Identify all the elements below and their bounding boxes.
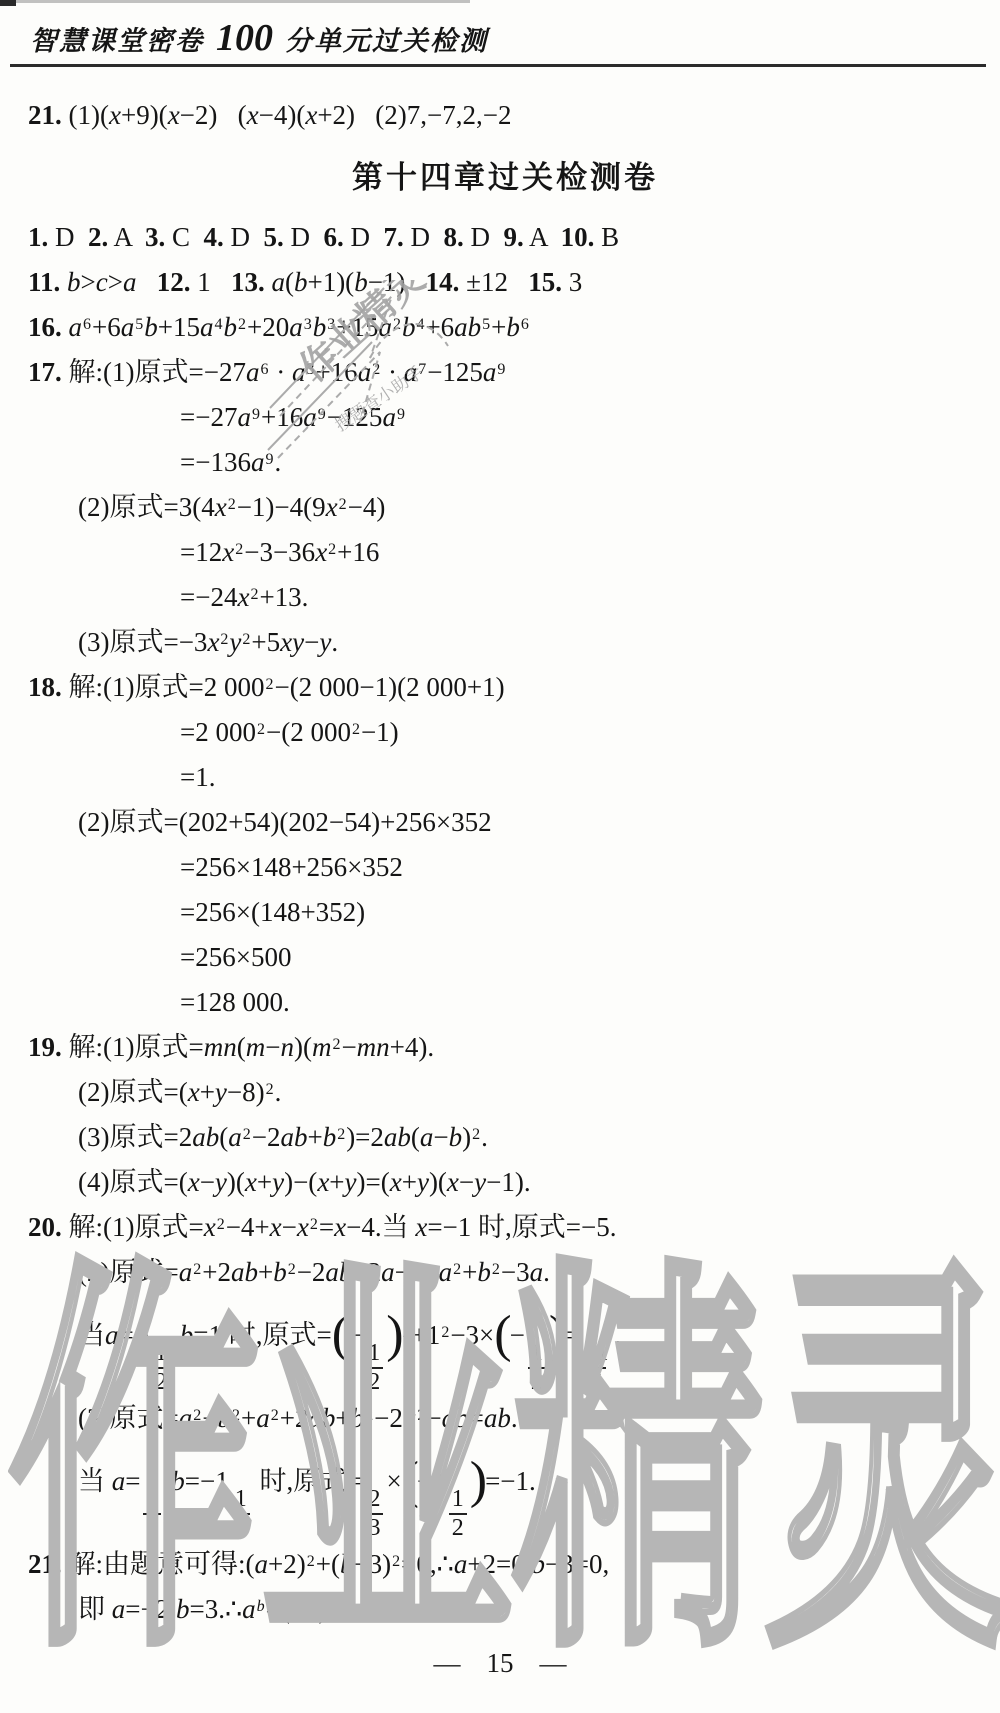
answer-line: =256×(148+352) [180,890,982,935]
math-text: b [477,1257,491,1287]
math-text: b [313,312,327,342]
math-text: x [247,100,259,130]
math-text: . [274,447,281,477]
answer-line: 即 a=−2,b=3.∴ab=(−2)3=−8. [78,1587,982,1632]
math-text: =3.∴ [189,1594,242,1624]
math-text: x [245,1167,257,1197]
math-text: 1 [190,267,231,297]
math-text: ) [549,1306,564,1363]
math-text: ) [462,1122,471,1152]
superscript: 2 [217,1216,225,1233]
scan-edge [0,0,470,3]
math-text: m [246,1032,266,1062]
answer-line: =128 000. [180,980,982,1025]
math-text: b [171,1466,185,1496]
math-text: b [217,1403,231,1433]
answer-key-page: 智慧课堂密卷 100 分单元过关检测 21. (1)(x+9)(x−2) (x−… [0,0,1000,1713]
math-text: −2 [374,1403,403,1433]
math-text: ) [386,1306,401,1363]
math-text: (3)原式= [78,1403,179,1433]
math-text: )( [294,1032,312,1062]
math-text: − [459,1167,474,1197]
problem-number: 5. [264,222,284,252]
superscript: 2 [441,1324,449,1341]
math-text: a [123,267,137,297]
math-text: D [464,222,504,252]
math-text: − [395,1257,410,1287]
math-text: A [524,222,561,252]
math-text: −3 [501,1257,530,1287]
math-text: b [176,1594,190,1624]
fraction: 12 [449,1486,467,1542]
superscript: 3 [329,1598,337,1615]
math-text: + [241,1403,256,1433]
math-text: a [404,357,418,387]
math-text: =−24 [180,582,237,612]
scan-corner-mark [0,0,16,6]
superscript: 4 [214,316,222,333]
math-text: ab [308,1403,335,1433]
superscript: 2 [365,1407,373,1424]
math-text: =− [119,1320,149,1350]
math-text: +6 [92,312,121,342]
answer-line: 17. 解:(1)原式=−27a6 · a3+16a2 · a7−125a9 [28,350,982,395]
math-text: =1 时,原式= [193,1320,331,1350]
superscript: 9 [497,361,505,378]
math-text: 当 [78,1320,105,1350]
math-text: x [447,1167,459,1197]
math-text: 即 [78,1594,112,1624]
math-text: a [255,1549,269,1579]
math-text: ( [237,1032,246,1062]
math-text: B [594,222,619,252]
math-text: =12 [180,537,222,567]
math-text: . [511,1403,518,1433]
math-text: +9)( [121,100,168,130]
math-text: + [462,1257,477,1287]
math-text: +1 [412,1320,441,1350]
math-text: x [222,537,234,567]
math-text: ) [470,1452,485,1509]
superscript: 2 [472,1126,480,1143]
math-text: 时,原式= [253,1466,363,1496]
fraction: 23 [143,1486,161,1542]
math-text: x [109,100,121,130]
answer-line: =−24x2+13. [180,575,982,620]
answer-line: (2)原式=(202+54)(202−54)+256×352 [78,800,982,845]
math-text: x [237,582,249,612]
math-text: −1) [368,267,426,297]
math-text: a [378,312,392,342]
math-text: (3)原式=−3 [78,627,207,657]
math-text: D [48,222,88,252]
math-text: −125 [427,357,483,387]
math-text: ab [442,1403,469,1433]
answer-line: (2)原式=3(4x2−1)−4(9x2−4) [78,485,982,530]
math-text: 解:由题意可得:( [62,1549,255,1579]
math-text: a [382,402,396,432]
math-text: a [112,1594,126,1624]
math-text: D [344,222,384,252]
superscript: 2 [243,1126,251,1143]
fraction: 12 [365,1340,383,1396]
math-text [62,312,69,342]
math-text: x [305,100,317,130]
fraction: 12 [152,1340,170,1396]
problem-number: 20. [28,1212,62,1242]
math-text: ab [484,1403,511,1433]
math-text: > [81,267,96,297]
math-text: +2 [280,1403,309,1433]
superscript: 2 [372,361,380,378]
math-text: =−1 [185,1466,229,1496]
superscript: 2 [271,1407,279,1424]
math-text: b [532,1549,546,1579]
math-text: − [200,1167,215,1197]
math-text: ( [402,1452,417,1509]
superscript: 4 [416,316,424,333]
answer-line: 当 a=23,b=−112 时,原式=23×(−112)=−1. [78,1441,982,1542]
math-text: a [381,1257,395,1287]
section-title: 第十四章过关检测卷 [28,152,982,197]
problem-number: 8. [444,222,464,252]
math-text: −125 [327,402,383,432]
math-text: =256×(148+352) [180,897,365,927]
superscript: 2 [310,1216,318,1233]
superscript: 5 [482,316,490,333]
superscript: b [257,1598,265,1615]
math-text: a [403,1403,417,1433]
math-text: a [483,357,497,387]
math-text: a [292,357,306,387]
answer-line: (3)原式=a2−b2+a2+2ab+b2−2a2−ab=ab. [78,1396,982,1441]
problem-number: 7. [384,222,404,252]
page-number: 15 [487,1648,514,1679]
answer-line: =256×148+256×352 [180,845,982,890]
math-text: +5 [251,627,280,657]
math-text: =−1. [485,1466,536,1496]
math-text: +15 [158,312,200,342]
math-text: +2 [202,1257,231,1287]
math-text: (2)原式= [78,1257,179,1287]
math-text: x [188,1167,200,1197]
math-text: 解:(1)原式=−27 [62,357,246,387]
math-text: +16 [261,402,303,432]
math-text: . [275,1077,282,1107]
math-text: + [307,1122,322,1152]
math-text: x [317,1167,329,1197]
problem-number: 2. [88,222,108,252]
math-text: a [242,1594,256,1624]
problem-number: 13. [231,267,265,297]
superscript: 6 [83,316,91,333]
math-text: c [96,267,108,297]
math-text: = [423,1257,438,1287]
math-text: + [491,312,506,342]
problem-number: 21. [28,100,62,130]
math-text: b [506,312,520,342]
math-text: )=( [357,1167,390,1197]
math-text: −4) [348,492,386,522]
header-brand: 智慧课堂密卷 [30,19,204,58]
answer-line: 20. 解:(1)原式=x2−4+x−x2=x−4.当 x=−1 时,原式=−5… [28,1205,982,1250]
math-text: · [381,357,404,387]
math-text: =128 000. [180,987,290,1017]
superscript: 6 [260,361,268,378]
answer-line: (3)原式=−3x2y2+5xy−y. [78,620,982,665]
math-text: − [510,1320,525,1350]
fraction: 12 [528,1340,546,1396]
math-text: a [289,312,303,342]
math-text: a [200,312,214,342]
math-text: b [351,1403,365,1433]
math-text: ab [192,1122,219,1152]
math-text: y [229,627,241,657]
math-text: +6 [425,312,454,342]
answer-line: 21. 解:由题意可得:(a+2)2+(b−3)2=0,∴a+2=0,b−3=0… [28,1542,982,1587]
fraction: 114 [582,1340,611,1396]
math-text: =2 000 [180,717,256,747]
math-text: −(2 000−1)(2 000+1) [274,672,504,702]
math-text: x [204,1212,216,1242]
page-footer: —15— [0,1648,1000,1679]
problem-number: 17. [28,357,62,387]
math-text: y [345,1167,357,1197]
problem-number: 14. [426,267,460,297]
superscript: 2 [288,1261,296,1278]
math-text: x [207,627,219,657]
superscript: 2 [492,1261,500,1278]
math-text: − [341,1032,356,1062]
math-text: ab [280,1122,307,1152]
answer-line: 1. D 2. A 3. C 4. D 5. D 6. D 7. D 8. D … [28,215,982,260]
math-text: =−27 [180,402,237,432]
superscript: 9 [252,406,260,423]
math-text: −3× [450,1320,494,1350]
superscript: 2 [392,1553,400,1570]
superscript: 3 [304,316,312,333]
math-text: −2 [252,1122,281,1152]
math-text: −4+ [226,1212,270,1242]
math-text: (3)原式=2 [78,1122,192,1152]
math-text: b [354,267,368,297]
page-header: 智慧课堂密卷 100 分单元过关检测 [0,0,1000,60]
math-text: = [125,1466,140,1496]
math-text: b [294,267,308,297]
superscript: 2 [238,316,246,333]
math-text: b [402,312,416,342]
superscript: 3 [327,316,335,333]
math-text: A [108,222,145,252]
problem-number: 4. [204,222,224,252]
math-text: − [202,1403,217,1433]
math-text: (1)( [62,100,109,130]
math-text: mn [357,1032,390,1062]
header-subtitle: 分单元过关检测 [285,19,488,58]
math-text: m [312,1032,332,1062]
math-text: +16 [337,537,379,567]
math-text: y [417,1167,429,1197]
math-text: a [69,312,83,342]
math-text: x [326,492,338,522]
superscript: 2 [193,1407,201,1424]
math-text: −4)( [259,100,306,130]
answer-line: 16. a6+6a5b+15a4b2+20a3b3+15a2b4+6ab5+b6 [28,305,982,350]
answer-line: (2)原式=a2+2ab+b2−2ab−2a−a=a2+b2−3a. [78,1250,982,1295]
math-text: b [144,312,158,342]
math-text: +2) [268,1549,306,1579]
math-text: +4). [390,1032,434,1062]
math-text: −8) [227,1077,265,1107]
math-text: −2 [297,1257,326,1287]
answer-line: (3)原式=2ab(a2−2ab+b2)=2ab(a−b)2. [78,1115,982,1160]
math-text: b [223,312,237,342]
math-text: =1. [180,762,215,792]
math-text: −1) [361,717,399,747]
math-text: ( [411,1122,420,1152]
math-text: y [474,1167,486,1197]
superscript: 2 [257,721,265,738]
math-text: ±12 [459,267,528,297]
footer-dash-right: — [540,1648,567,1678]
math-text: mn [204,1032,237,1062]
math-text: y [215,1167,227,1197]
superscript: 2 [232,1407,240,1424]
superscript: 5 [135,316,143,333]
math-text: =256×500 [180,942,291,972]
math-text: (2)原式=( [78,1077,188,1107]
math-text: = [469,1403,484,1433]
math-text: ( [219,1122,228,1152]
math-text: −2) ( [180,100,247,130]
problem-number: 21. [28,1549,62,1579]
math-text: . [543,1257,550,1287]
superscript: 2 [235,541,243,558]
math-text: x [334,1212,346,1242]
math-text: (2)原式=(202+54)(202−54)+256×352 [78,807,492,837]
superscript: 2 [228,496,236,513]
math-text: −4.当 [346,1212,415,1242]
superscript: 2 [332,1036,340,1053]
answer-line: =256×500 [180,935,982,980]
math-text: =−8. [338,1594,389,1624]
math-text: ab [231,1257,258,1287]
math-text: =−1 时,原式=−5. [427,1212,616,1242]
problem-number: 6. [324,222,344,252]
math-text: =−2, [125,1594,176,1624]
superscript: 2 [266,1081,274,1098]
math-text: 解:(1)原式= [62,1212,204,1242]
answer-line: =−136a9. [180,440,982,485]
math-text: b [273,1257,287,1287]
math-text: x [415,1212,427,1242]
superscript: 9 [397,406,405,423]
math-text: )( [429,1167,447,1197]
math-text: . [331,627,338,657]
math-text: − [347,1320,362,1350]
superscript: 2 [328,541,336,558]
math-text: )( [227,1167,245,1197]
math-text: D [404,222,444,252]
math-text: +15 [336,312,378,342]
math-text: x [297,1212,309,1242]
problem-number: 11. [28,267,60,297]
math-text: . [615,1320,622,1350]
math-text: a [530,1257,544,1287]
superscript: 2 [339,496,347,513]
answer-line: 19. 解:(1)原式=mn(m−n)(m2−mn+4). [28,1025,982,1070]
math-text: a [179,1403,193,1433]
math-text: =−136 [180,447,251,477]
math-text: 3 [562,267,582,297]
header-score: 100 [216,16,273,60]
math-text: x [168,100,180,130]
answer-line: =12x2−3−36x2+16 [180,530,982,575]
superscript: 3 [306,361,314,378]
math-text: y [215,1077,227,1107]
math-text: a [121,312,135,342]
math-text: ( [494,1306,509,1363]
math-text: −3=0, [545,1549,609,1579]
math-text: + [257,1167,272,1197]
math-text: · [269,357,292,387]
superscript: 2 [265,676,273,693]
answer-line: =1. [180,755,982,800]
math-text: − [265,1032,280,1062]
problem-number: 12. [157,267,191,297]
problem-number: 1. [28,222,48,252]
math-text: −(2 000 [266,717,351,747]
math-text: +( [316,1549,340,1579]
superscript: 2 [352,721,360,738]
problem-number: 10. [561,222,595,252]
math-text: > [108,267,123,297]
math-text: C [165,222,203,252]
answer-line: 当a=−12,b=1 时,原式=(−12)2+12−3×(−12)=114. [78,1295,982,1396]
superscript: 2 [453,1261,461,1278]
math-text: +1)( [307,267,354,297]
superscript: 2 [193,1261,201,1278]
math-text: =0,∴ [401,1549,454,1579]
superscript: 7 [418,361,426,378]
math-text: −3−36 [244,537,315,567]
math-text: ( [285,267,294,297]
math-text: b [323,1122,337,1152]
math-text: 解:(1)原式=2 000 [62,672,265,702]
math-text: +2=0, [467,1549,531,1579]
math-text: ( [332,1306,347,1363]
math-text: − [426,1403,441,1433]
math-text: D [224,222,264,252]
math-text: = [564,1320,579,1350]
math-text: +20 [247,312,289,342]
math-text: x [315,537,327,567]
math-text: +16 [315,357,357,387]
math-text: ab [384,1122,411,1152]
math-text: −2 [352,1257,381,1287]
math-text: + [200,1077,215,1107]
math-text: b [67,267,81,297]
answer-line: =2 0002−(2 0002−1) [180,710,982,755]
math-text: . [481,1122,488,1152]
math-text: n [280,1032,294,1062]
math-text: a [179,1257,193,1287]
math-text: =256×148+256×352 [180,852,403,882]
math-text: (2)原式=3(4 [78,492,215,522]
math-text: )−( [284,1167,317,1197]
math-text: )=2 [346,1122,384,1152]
math-text: 解:(1)原式= [62,1032,204,1062]
